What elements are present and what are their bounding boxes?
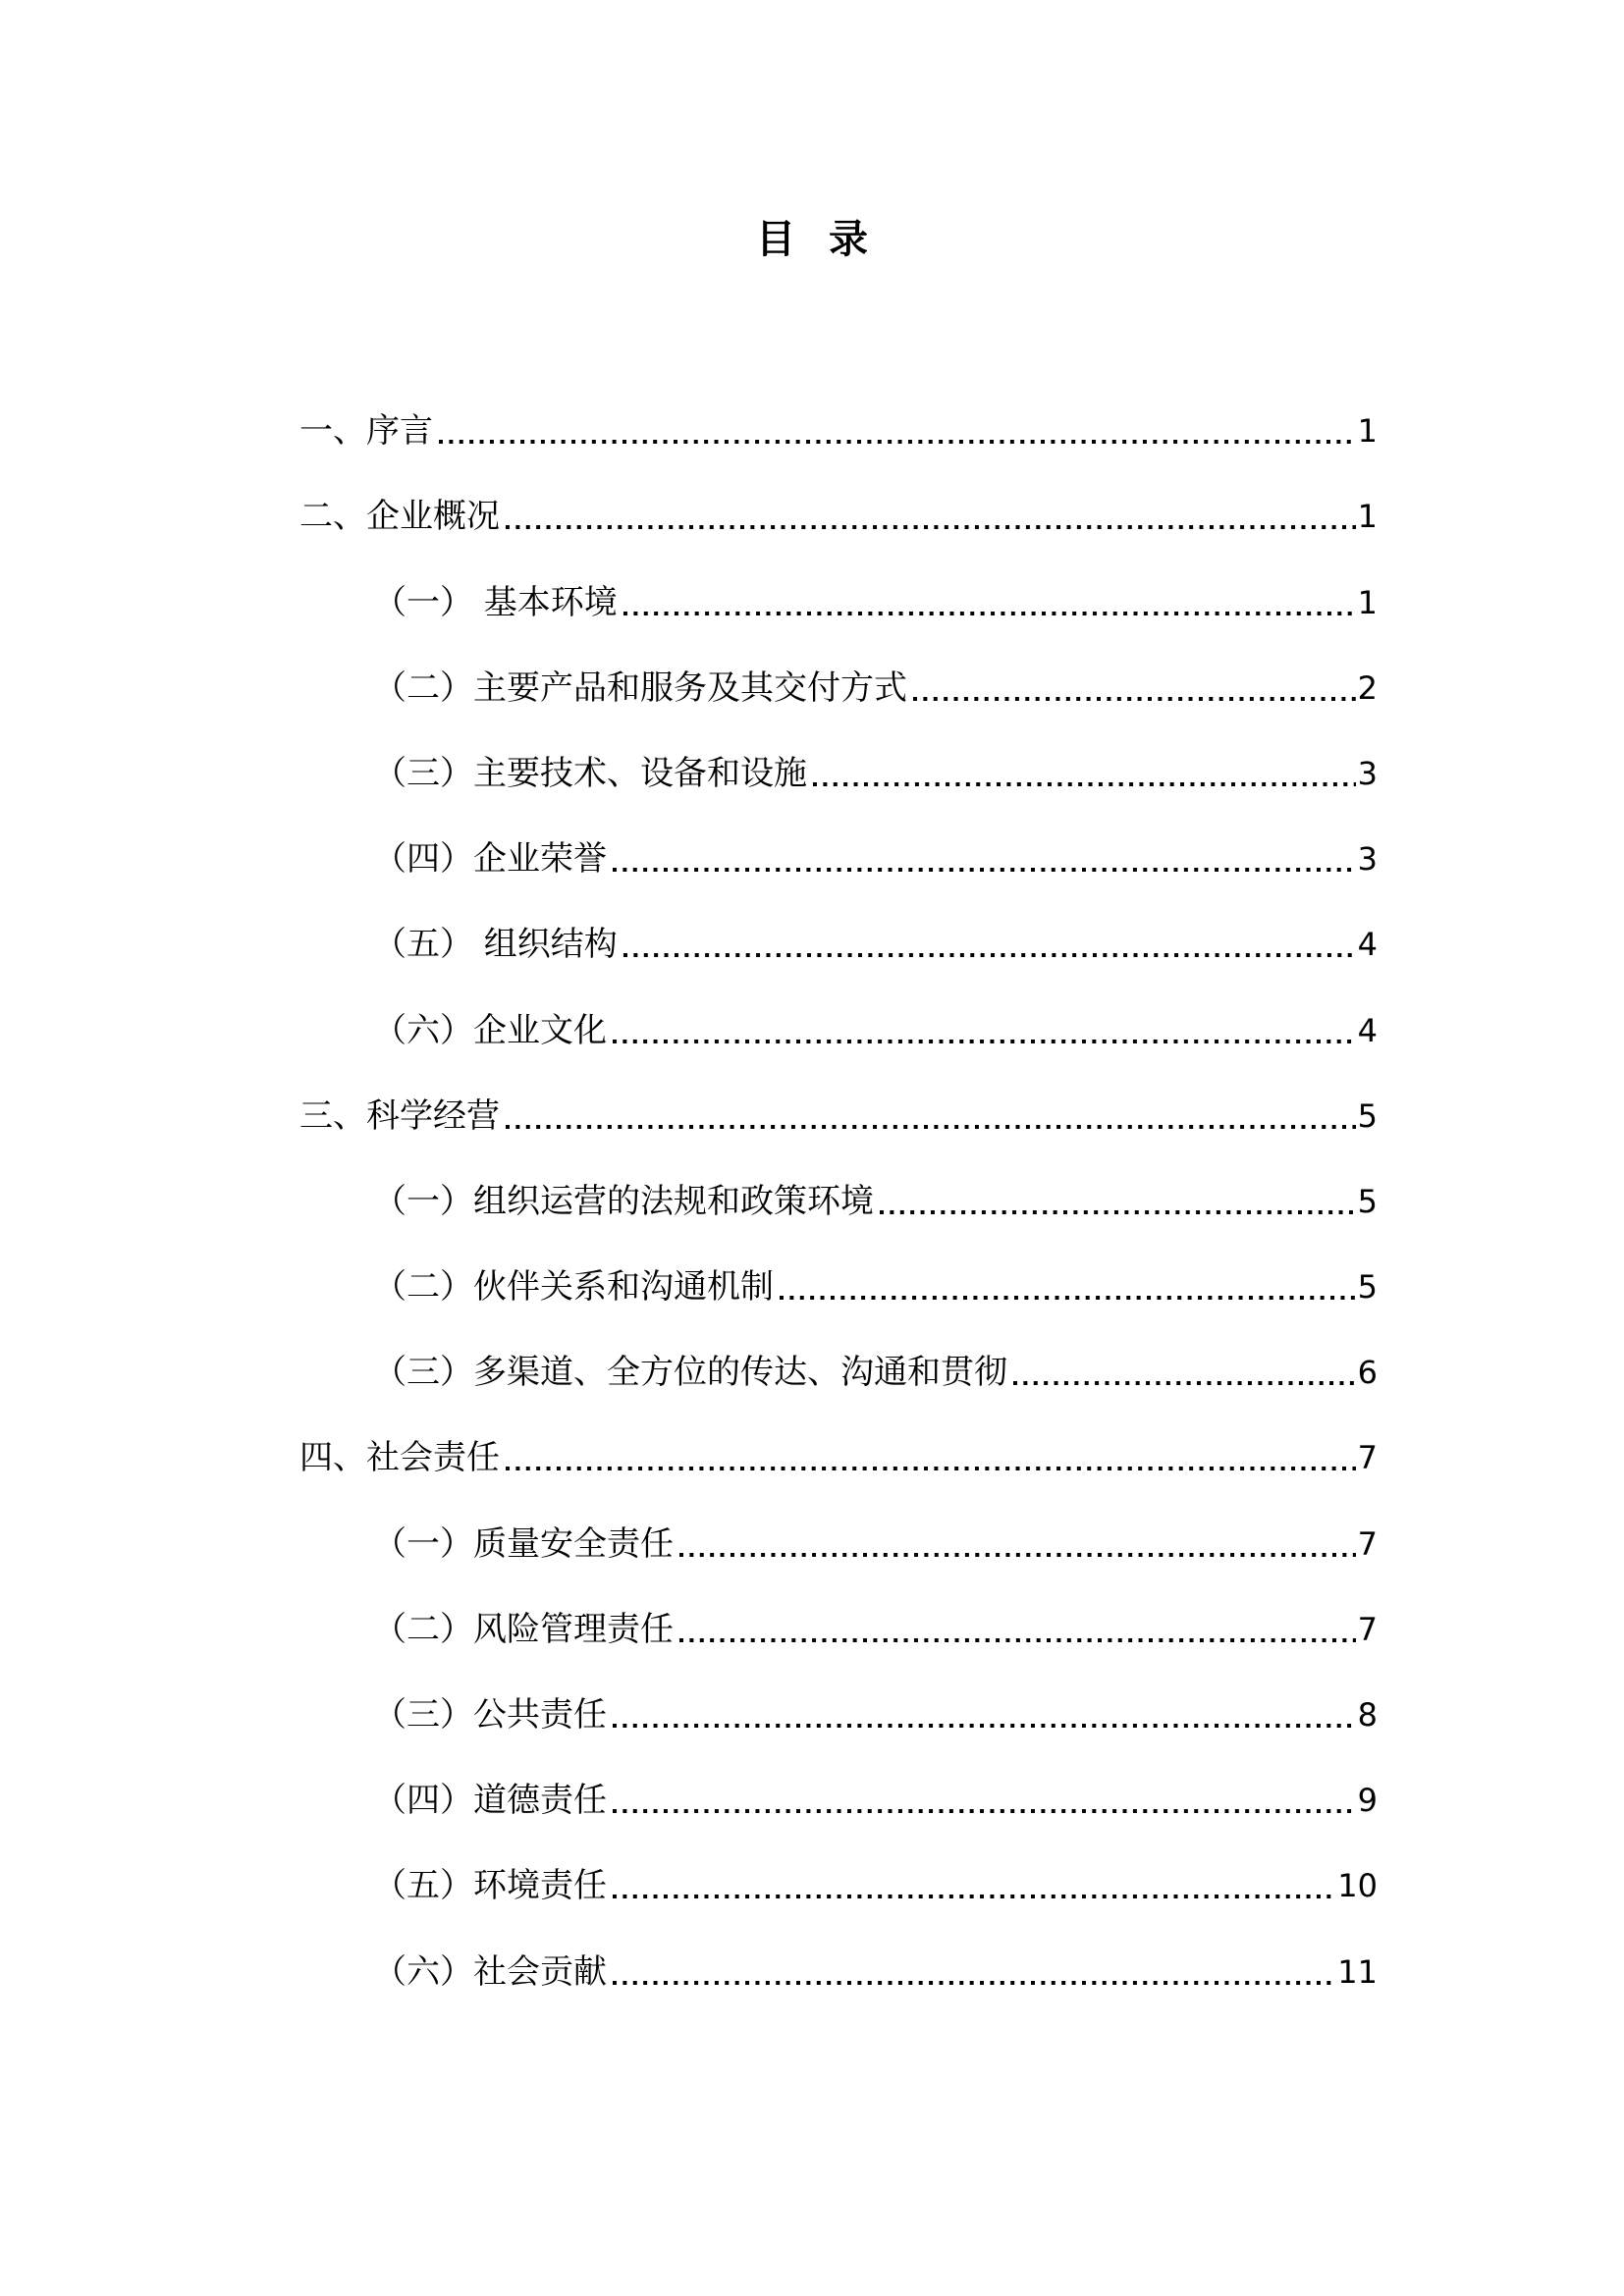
toc-entry-page: 5	[1358, 1180, 1378, 1223]
dot-leader	[506, 1125, 1356, 1129]
toc-entry-label: （二）主要产品和服务及其交付方式	[373, 667, 907, 710]
dot-leader	[623, 953, 1356, 957]
toc-entry-page: 5	[1358, 1095, 1378, 1138]
toc-entry-page: 1	[1358, 409, 1378, 453]
dot-leader	[613, 1040, 1356, 1043]
toc-entry-label: 二、企业概况	[299, 495, 500, 538]
toc-entry-page: 3	[1358, 752, 1378, 795]
toc-entry-label: （四）企业荣誉	[373, 837, 607, 881]
dot-leader	[613, 868, 1356, 872]
toc-entry-label: 三、科学经营	[299, 1095, 500, 1138]
toc-entry-page: 8	[1358, 1693, 1378, 1736]
toc-title: 目录	[0, 210, 1624, 269]
toc-entry-ethical-responsibility[interactable]: （四）道德责任 9	[299, 1754, 1378, 1840]
toc-entry-risk-management[interactable]: （二）风险管理责任 7	[299, 1583, 1378, 1669]
toc-entry-organization-structure[interactable]: （五） 组织结构 4	[299, 898, 1378, 984]
dot-leader	[913, 697, 1356, 701]
table-of-contents: 一、序言 1 二、企业概况 1 （一） 基本环境 1 （二）主要产品和服务及其交…	[299, 385, 1378, 2011]
toc-entry-public-responsibility[interactable]: （三）公共责任 8	[299, 1669, 1378, 1754]
toc-entry-page: 1	[1358, 495, 1378, 538]
dot-leader	[679, 1638, 1356, 1642]
toc-entry-page: 10	[1337, 1864, 1378, 1907]
toc-entry-page: 7	[1358, 1522, 1378, 1566]
toc-entry-label: （一）质量安全责任	[373, 1522, 674, 1566]
toc-entry-page: 5	[1358, 1265, 1378, 1308]
toc-entry-partnership-communication[interactable]: （二）伙伴关系和沟通机制 5	[299, 1241, 1378, 1326]
toc-entry-page: 9	[1358, 1779, 1378, 1822]
toc-entry-page: 2	[1358, 667, 1378, 710]
toc-entry-label: （二）风险管理责任	[373, 1608, 674, 1651]
toc-entry-company-overview[interactable]: 二、企业概况 1	[299, 470, 1378, 556]
toc-entry-preface[interactable]: 一、序言 1	[299, 385, 1378, 470]
toc-entry-corporate-culture[interactable]: （六）企业文化 4	[299, 984, 1378, 1069]
toc-entry-label: （五）环境责任	[373, 1864, 607, 1907]
dot-leader	[506, 1467, 1356, 1470]
dot-leader	[506, 525, 1356, 529]
dot-leader	[679, 1553, 1356, 1557]
dot-leader	[439, 440, 1356, 444]
toc-entry-regulatory-environment[interactable]: （一）组织运营的法规和政策环境 5	[299, 1155, 1378, 1241]
toc-entry-label: （一） 基本环境	[373, 581, 618, 624]
toc-entry-label: 一、序言	[299, 409, 433, 453]
toc-entry-scientific-management[interactable]: 三、科学经营 5	[299, 1070, 1378, 1155]
dot-leader	[613, 1809, 1356, 1813]
dot-leader	[613, 1895, 1335, 1898]
toc-entry-label: （六）企业文化	[373, 1009, 607, 1052]
toc-entry-technology-equipment[interactable]: （三）主要技术、设备和设施 3	[299, 727, 1378, 813]
toc-entry-page: 1	[1358, 581, 1378, 624]
toc-entry-label: （四）道德责任	[373, 1779, 607, 1822]
toc-entry-label: （二）伙伴关系和沟通机制	[373, 1265, 774, 1308]
toc-entry-basic-environment[interactable]: （一） 基本环境 1	[299, 556, 1378, 641]
toc-entry-social-responsibility[interactable]: 四、社会责任 7	[299, 1412, 1378, 1497]
toc-entry-products-services[interactable]: （二）主要产品和服务及其交付方式 2	[299, 642, 1378, 727]
toc-entry-label: （三）主要技术、设备和设施	[373, 752, 807, 795]
toc-entry-page: 6	[1358, 1351, 1378, 1394]
toc-entry-label: （一）组织运营的法规和政策环境	[373, 1180, 874, 1223]
toc-entry-label: （五） 组织结构	[373, 923, 618, 966]
dot-leader	[613, 1724, 1356, 1728]
dot-leader	[813, 782, 1356, 786]
dot-leader	[1013, 1381, 1356, 1385]
dot-leader	[613, 1981, 1335, 1985]
toc-entry-multichannel-communication[interactable]: （三）多渠道、全方位的传达、沟通和贯彻 6	[299, 1326, 1378, 1412]
toc-entry-social-contribution[interactable]: （六）社会贡献 11	[299, 1925, 1378, 2010]
toc-entry-page: 11	[1337, 1950, 1378, 1994]
dot-leader	[780, 1296, 1356, 1300]
toc-entry-environmental-responsibility[interactable]: （五）环境责任 10	[299, 1840, 1378, 1925]
toc-entry-page: 4	[1358, 923, 1378, 966]
toc-entry-quality-safety[interactable]: （一）质量安全责任 7	[299, 1497, 1378, 1582]
dot-leader	[623, 612, 1356, 615]
toc-entry-label: （三）公共责任	[373, 1693, 607, 1736]
toc-entry-label: 四、社会责任	[299, 1436, 500, 1479]
dot-leader	[880, 1210, 1356, 1214]
toc-entry-label: （六）社会贡献	[373, 1950, 607, 1994]
toc-entry-label: （三）多渠道、全方位的传达、沟通和贯彻	[373, 1351, 1007, 1394]
toc-entry-honors[interactable]: （四）企业荣誉 3	[299, 813, 1378, 898]
toc-entry-page: 7	[1358, 1608, 1378, 1651]
toc-entry-page: 3	[1358, 837, 1378, 881]
toc-entry-page: 4	[1358, 1009, 1378, 1052]
toc-entry-page: 7	[1358, 1436, 1378, 1479]
